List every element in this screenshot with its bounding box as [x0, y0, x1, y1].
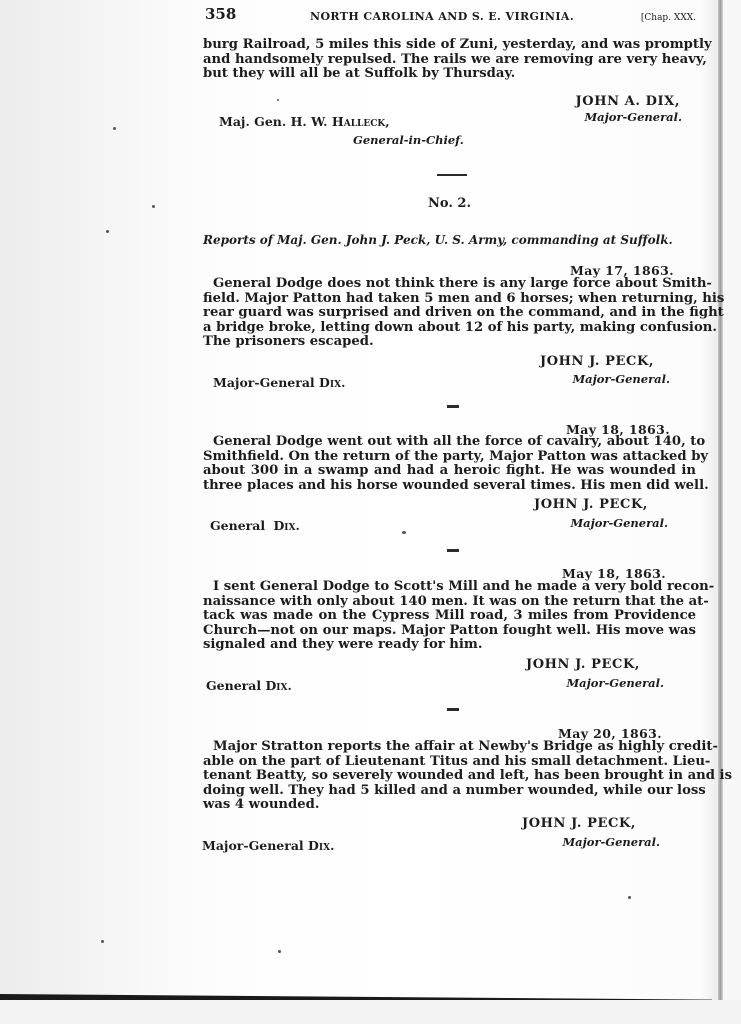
- text-line: field. Major Patton had taken 5 men and …: [203, 292, 696, 307]
- text-line: tack was made on the Cypress Mill road, …: [203, 609, 696, 624]
- text-line: The prisoners escaped.: [203, 335, 696, 350]
- text-line: about 300 in a swamp and had a heroic fi…: [203, 464, 696, 479]
- report-divider: [447, 549, 459, 552]
- scan-speck: [628, 896, 631, 899]
- text-line: General Dodge went out with all the forc…: [203, 435, 696, 450]
- page-bottom-shadow: [0, 1000, 741, 1024]
- addressee-prefix: General: [206, 678, 261, 693]
- text-line: General Dodge does not think there is an…: [203, 277, 696, 292]
- addressee: Major-General Dix.: [213, 376, 706, 391]
- addressee: General Dix.: [210, 519, 703, 534]
- document-number: No. 2.: [203, 197, 696, 212]
- scan-speck: [113, 127, 116, 130]
- running-header: 358 NORTH CAROLINA AND S. E. VIRGINIA. […: [203, 7, 696, 25]
- page-number: 358: [205, 7, 236, 22]
- signature-name: JOHN A. DIX,: [203, 95, 696, 110]
- text-line: Smithfield. On the return of the party, …: [203, 450, 696, 465]
- text-line: and handsomely repulsed. The rails we ar…: [203, 53, 696, 68]
- text-line: three places and his horse wounded sever…: [203, 479, 696, 494]
- text-line: but they will all be at Suffolk by Thurs…: [203, 67, 696, 82]
- addressee-name: Dix.: [319, 375, 345, 390]
- text-line: doing well. They had 5 killed and a numb…: [203, 784, 696, 799]
- addressee-name: Dix.: [308, 838, 334, 853]
- signature-name: JOHN J. PECK,: [203, 498, 696, 513]
- scan-speck: [278, 950, 281, 953]
- report-paragraph: I sent General Dodge to Scott's Mill and…: [203, 580, 696, 653]
- text-line: able on the part of Lieutenant Titus and…: [203, 755, 696, 770]
- addressee: General Dix.: [206, 679, 699, 694]
- addressee-name: Dix.: [265, 678, 291, 693]
- report-divider: [447, 708, 459, 711]
- addressee-title: General-in-Chief.: [353, 133, 741, 148]
- scan-speck: [101, 940, 104, 943]
- text-line: I sent General Dodge to Scott's Mill and…: [203, 580, 696, 595]
- text-line: signaled and they were ready for him.: [203, 638, 696, 653]
- addressee-prefix: Maj. Gen. H. W.: [219, 114, 328, 129]
- report-divider: [447, 405, 459, 408]
- signature-name: JOHN J. PECK,: [203, 355, 696, 370]
- text-line: naissance with only about 140 men. It wa…: [203, 595, 696, 610]
- addressee-prefix: Major-General: [213, 375, 315, 390]
- addressee-prefix: General: [210, 518, 265, 533]
- running-title: NORTH CAROLINA AND S. E. VIRGINIA.: [310, 10, 574, 25]
- text-line: was 4 wounded.: [203, 798, 696, 813]
- text-line: a bridge broke, letting down about 12 of…: [203, 321, 696, 336]
- scan-speck: [152, 205, 155, 208]
- report-paragraph: Major Stratton reports the affair at New…: [203, 740, 696, 813]
- signature-name: JOHN J. PECK,: [203, 817, 696, 832]
- continuation-paragraph: burg Railroad, 5 miles this side of Zuni…: [203, 38, 696, 82]
- report-paragraph: General Dodge went out with all the forc…: [203, 435, 696, 493]
- text-line: rear guard was surprised and driven on t…: [203, 306, 696, 321]
- signature-name: JOHN J. PECK,: [203, 658, 696, 673]
- page-right-edge: [718, 0, 723, 1000]
- text-line: Major Stratton reports the affair at New…: [203, 740, 696, 755]
- report-paragraph: General Dodge does not think there is an…: [203, 277, 696, 350]
- addressee: Major-General Dix.: [202, 839, 695, 854]
- document-subtitle: Reports of Maj. Gen. John J. Peck, U. S.…: [203, 233, 696, 248]
- addressee-name: Dix.: [273, 518, 299, 533]
- addressee-name: Halleck,: [332, 114, 390, 129]
- addressee-prefix: Major-General: [202, 838, 304, 853]
- addressee: Maj. Gen. H. W. Halleck,: [219, 115, 712, 130]
- scan-speck: [106, 230, 109, 233]
- chapter-marker: [Chap. XXX.: [641, 11, 696, 26]
- section-divider: [437, 174, 467, 176]
- text-line: tenant Beatty, so severely wounded and l…: [203, 769, 696, 784]
- text-line: burg Railroad, 5 miles this side of Zuni…: [203, 38, 696, 53]
- text-line: Church—not on our maps. Major Patton fou…: [203, 624, 696, 639]
